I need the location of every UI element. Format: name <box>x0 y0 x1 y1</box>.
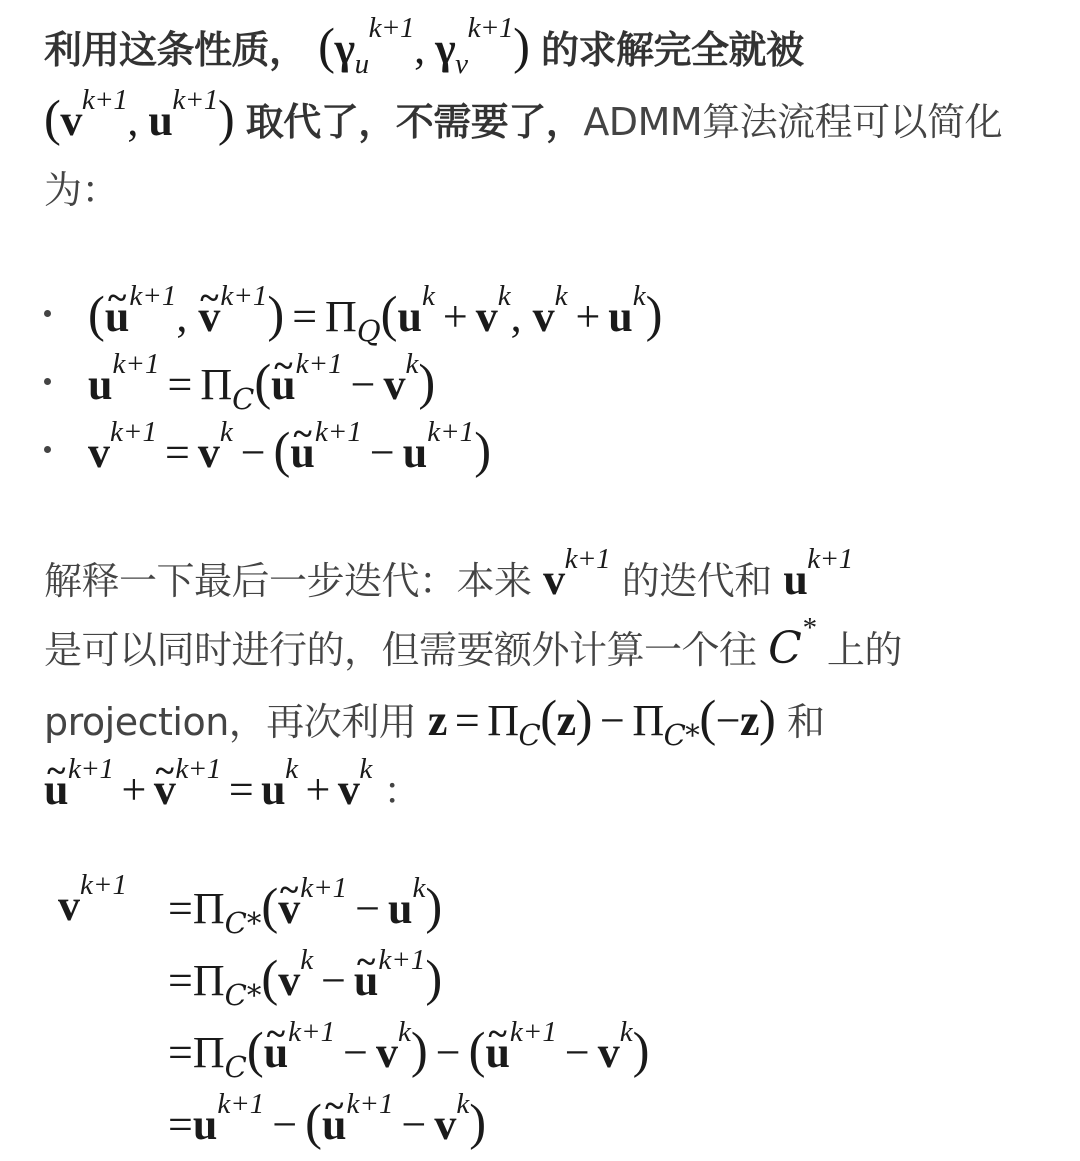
bullet-icon <box>44 378 51 385</box>
intro-bold-tail: 取代了，不需要了， <box>246 100 584 144</box>
explanation-paragraph: 解释一下最后一步迭代：本来 vk+1 的迭代和 uk+1 是可以同时进行的，但需… <box>44 546 1044 825</box>
math-moreau-identity: z=ΠC(z)−ΠC*(−z) <box>428 696 776 745</box>
math-u-k1: uk+1 <box>783 555 852 604</box>
explain-text-1: 解释一下最后一步迭代：本来 <box>44 559 532 603</box>
math-sum-identity: uk+1+vk+1=uk+vk <box>44 765 372 814</box>
bullet-icon <box>44 446 51 453</box>
explain-text-3: 是可以同时进行的，但需要额外计算一个往 <box>44 628 757 672</box>
math-vu-pair: (vk+1, uk+1) <box>44 96 234 145</box>
step-3-formula: vk+1=vk−(uk+1−uk+1) <box>88 428 491 477</box>
intro-bold-mid: 的求解完全就被 <box>541 28 804 72</box>
bullet-icon <box>44 310 51 317</box>
derivation-lhs: vk+1 <box>58 870 127 942</box>
intro-paragraph: 利用这条性质， (γuk+1, γvk+1) 的求解完全就被 (vk+1, uk… <box>44 12 1044 224</box>
step-1-formula: (uk+1, vk+1)=ΠQ(uk+vk, vk+uk) <box>88 292 663 341</box>
explain-text-2: 的迭代和 <box>622 559 772 603</box>
algorithm-step-3: vk+1=vk−(uk+1−uk+1) <box>40 416 663 484</box>
algorithm-step-1: (uk+1, vk+1)=ΠQ(uk+vk, vk+uk) <box>40 280 663 348</box>
step-2-formula: uk+1=ΠC(uk+1−vk) <box>88 360 435 409</box>
algorithm-step-2: uk+1=ΠC(uk+1−vk) <box>40 348 663 416</box>
algorithm-steps-list: (uk+1, vk+1)=ΠQ(uk+vk, vk+uk) uk+1=ΠC(uk… <box>40 280 663 484</box>
math-gamma-pair: (γuk+1, γvk+1) <box>318 24 529 73</box>
math-v-k1: vk+1 <box>543 555 610 604</box>
intro-bold-lead: 利用这条性质， <box>44 28 307 72</box>
math-cstar: C* <box>768 624 815 673</box>
explain-text-5: 和 <box>787 700 825 744</box>
explain-text-6: ： <box>383 769 421 813</box>
